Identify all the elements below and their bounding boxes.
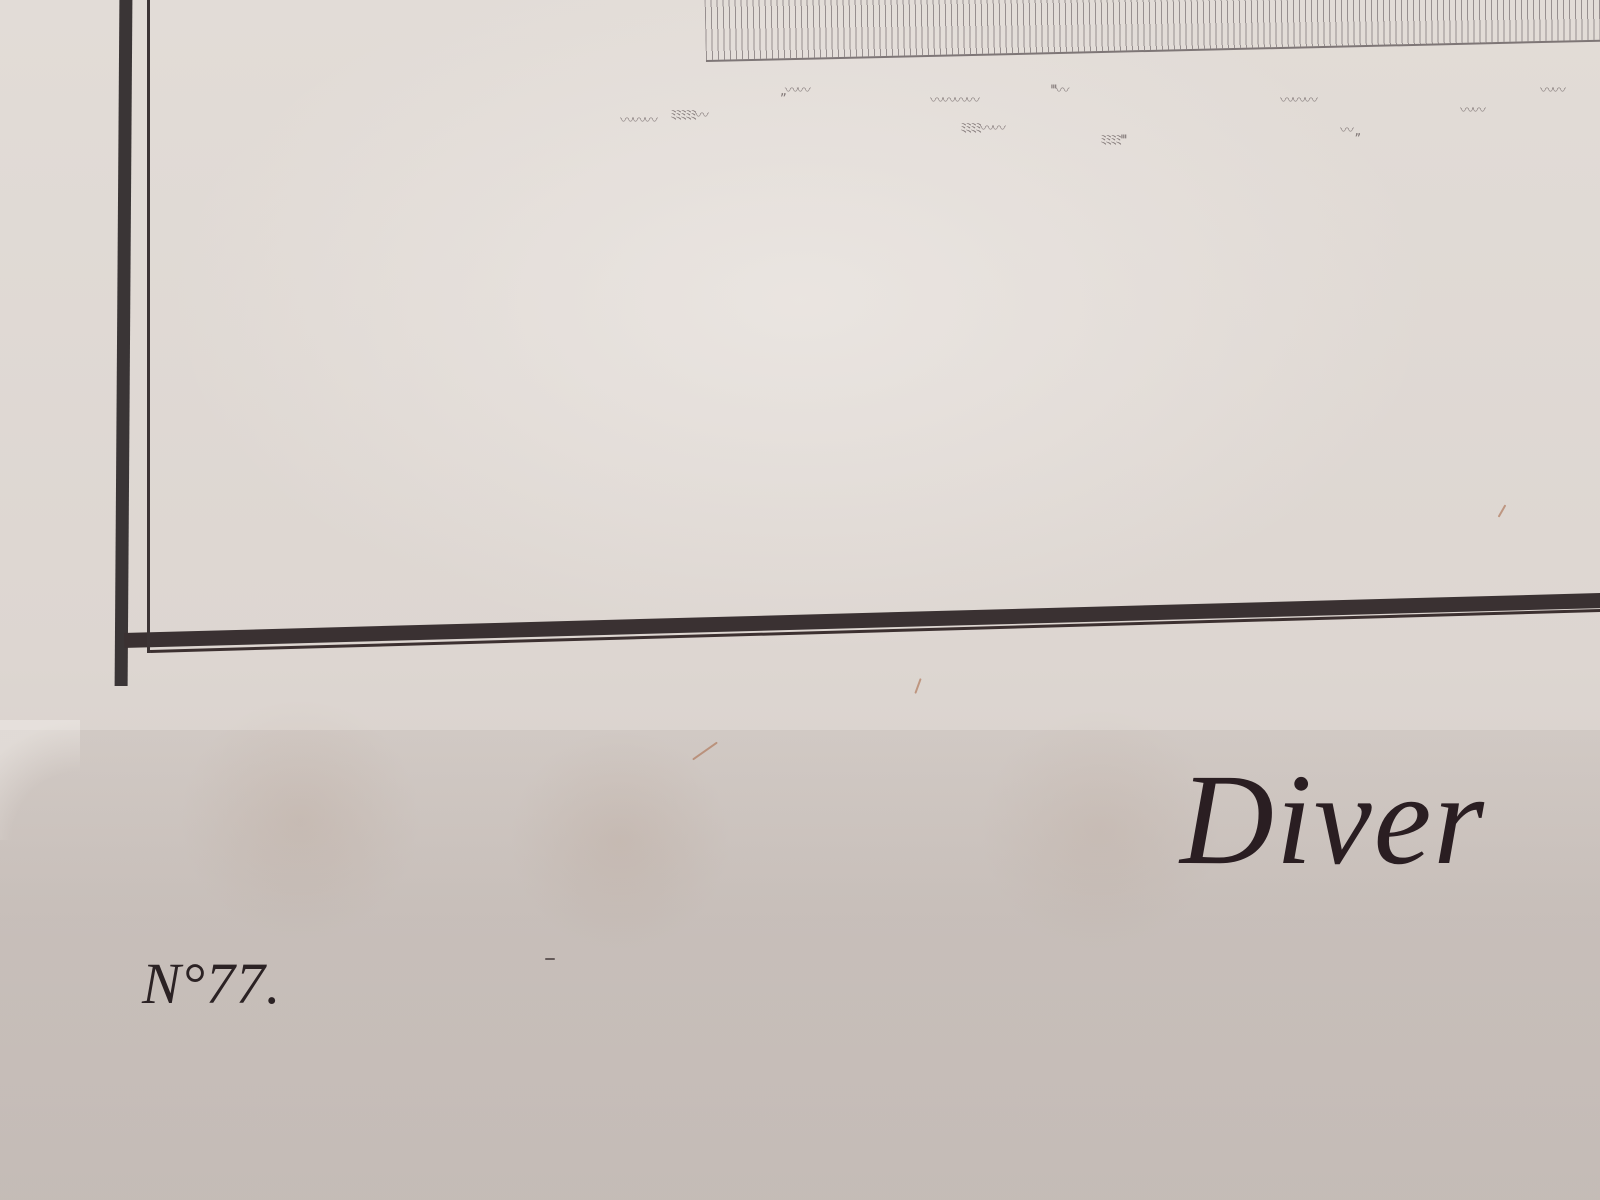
- caption-title: Diver: [1180, 745, 1486, 895]
- ink-speck: [545, 958, 555, 960]
- border-inner-vertical-rule: [147, 0, 150, 653]
- engraved-ground-texture: 〰〰〰 ﾐﾐﾐﾐﾐ〰 ,,〰〰 〰〰〰〰 ﾐﾐﾐﾐ〰〰 '''〰 ﾐﾐﾐﾐ'''…: [580, 50, 1600, 180]
- shadow-edge: [0, 720, 80, 840]
- plate-number: N°77.: [142, 950, 281, 1017]
